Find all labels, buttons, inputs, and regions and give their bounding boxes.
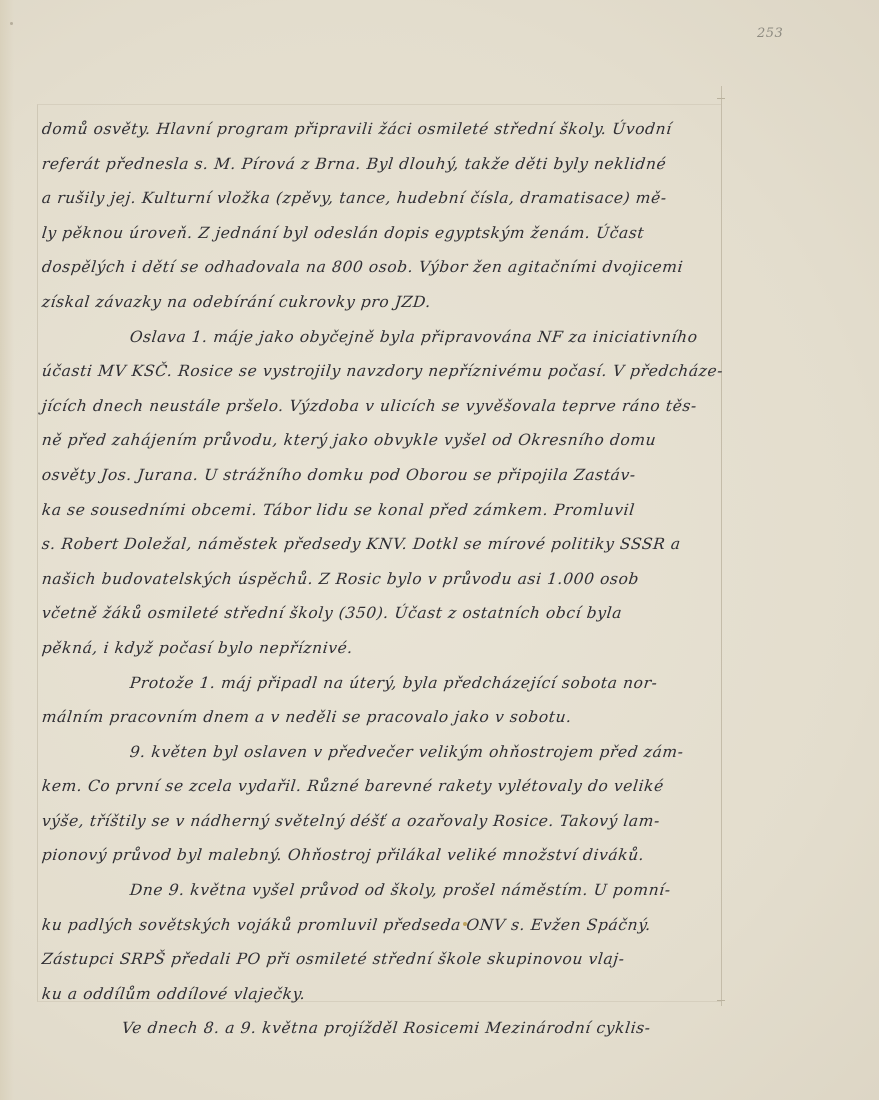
text-line: kem. Co první se zcela vydařil. Různé ba…	[40, 769, 720, 804]
text-line: výše, tříštily se v nádherný světelný dé…	[40, 804, 720, 839]
text-line: pěkná, i když počasí bylo nepříznivé.	[40, 631, 720, 666]
text-line: Zástupci SRPŠ předali PO při osmileté st…	[40, 942, 720, 977]
text-line: našich budovatelských úspěchů. Z Rosic b…	[40, 562, 720, 597]
text-line: osvěty Jos. Jurana. U strážního domku po…	[40, 458, 720, 493]
text-line: získal závazky na odebírání cukrovky pro…	[40, 285, 720, 320]
margin-tick-bottom	[717, 1000, 725, 1001]
text-line: ku a oddílům oddílové vlaječky.	[40, 977, 720, 1012]
chronicle-page: 253 domů osvěty. Hlavní program připravi…	[0, 0, 879, 1100]
text-line: a rušily jej. Kulturní vložka (zpěvy, ta…	[40, 181, 720, 216]
text-line: jících dnech neustále pršelo. Výzdoba v …	[40, 389, 720, 424]
text-line: včetně žáků osmileté střední školy (350)…	[40, 596, 720, 631]
ink-stain	[463, 922, 467, 926]
text-line: účasti MV KSČ. Rosice se vystrojily navz…	[40, 354, 720, 389]
text-line: s. Robert Doležal, náměstek předsedy KNV…	[40, 527, 720, 562]
paper-speck	[10, 22, 13, 25]
paragraph-start-line: Dne 9. května vyšel průvod od školy, pro…	[40, 873, 720, 908]
text-line: domů osvěty. Hlavní program připravili ž…	[40, 112, 720, 147]
paragraph-start-line: 9. květen byl oslaven v předvečer veliký…	[40, 735, 720, 770]
text-line: ně před zahájením průvodu, který jako ob…	[40, 423, 720, 458]
text-line: ly pěknou úroveň. Z jednání byl odeslán …	[40, 216, 720, 251]
text-line: ku padlých sovětských vojáků promluvil p…	[40, 908, 720, 943]
handwritten-text-block: domů osvěty. Hlavní program připravili ž…	[40, 112, 716, 1046]
page-number: 253	[757, 26, 783, 41]
text-line: referát přednesla s. M. Pírová z Brna. B…	[40, 147, 720, 182]
paragraph-start-line: Oslava 1. máje jako obyčejně byla připra…	[40, 320, 720, 355]
text-line: málním pracovním dnem a v neděli se prac…	[40, 700, 720, 735]
paragraph-start-line: Protože 1. máj připadl na úterý, byla př…	[40, 666, 720, 701]
page-left-edge-shadow	[0, 0, 14, 1100]
right-margin-rule	[721, 86, 722, 1006]
text-line: ka se sousedními obcemi. Tábor lidu se k…	[40, 493, 720, 528]
margin-tick-top	[717, 98, 725, 99]
text-line: dospělých i dětí se odhadovala na 800 os…	[40, 250, 720, 285]
paragraph-start-line: Ve dnech 8. a 9. května projížděl Rosice…	[40, 1011, 720, 1046]
text-line: pionový průvod byl malebný. Ohňostroj př…	[40, 838, 720, 873]
